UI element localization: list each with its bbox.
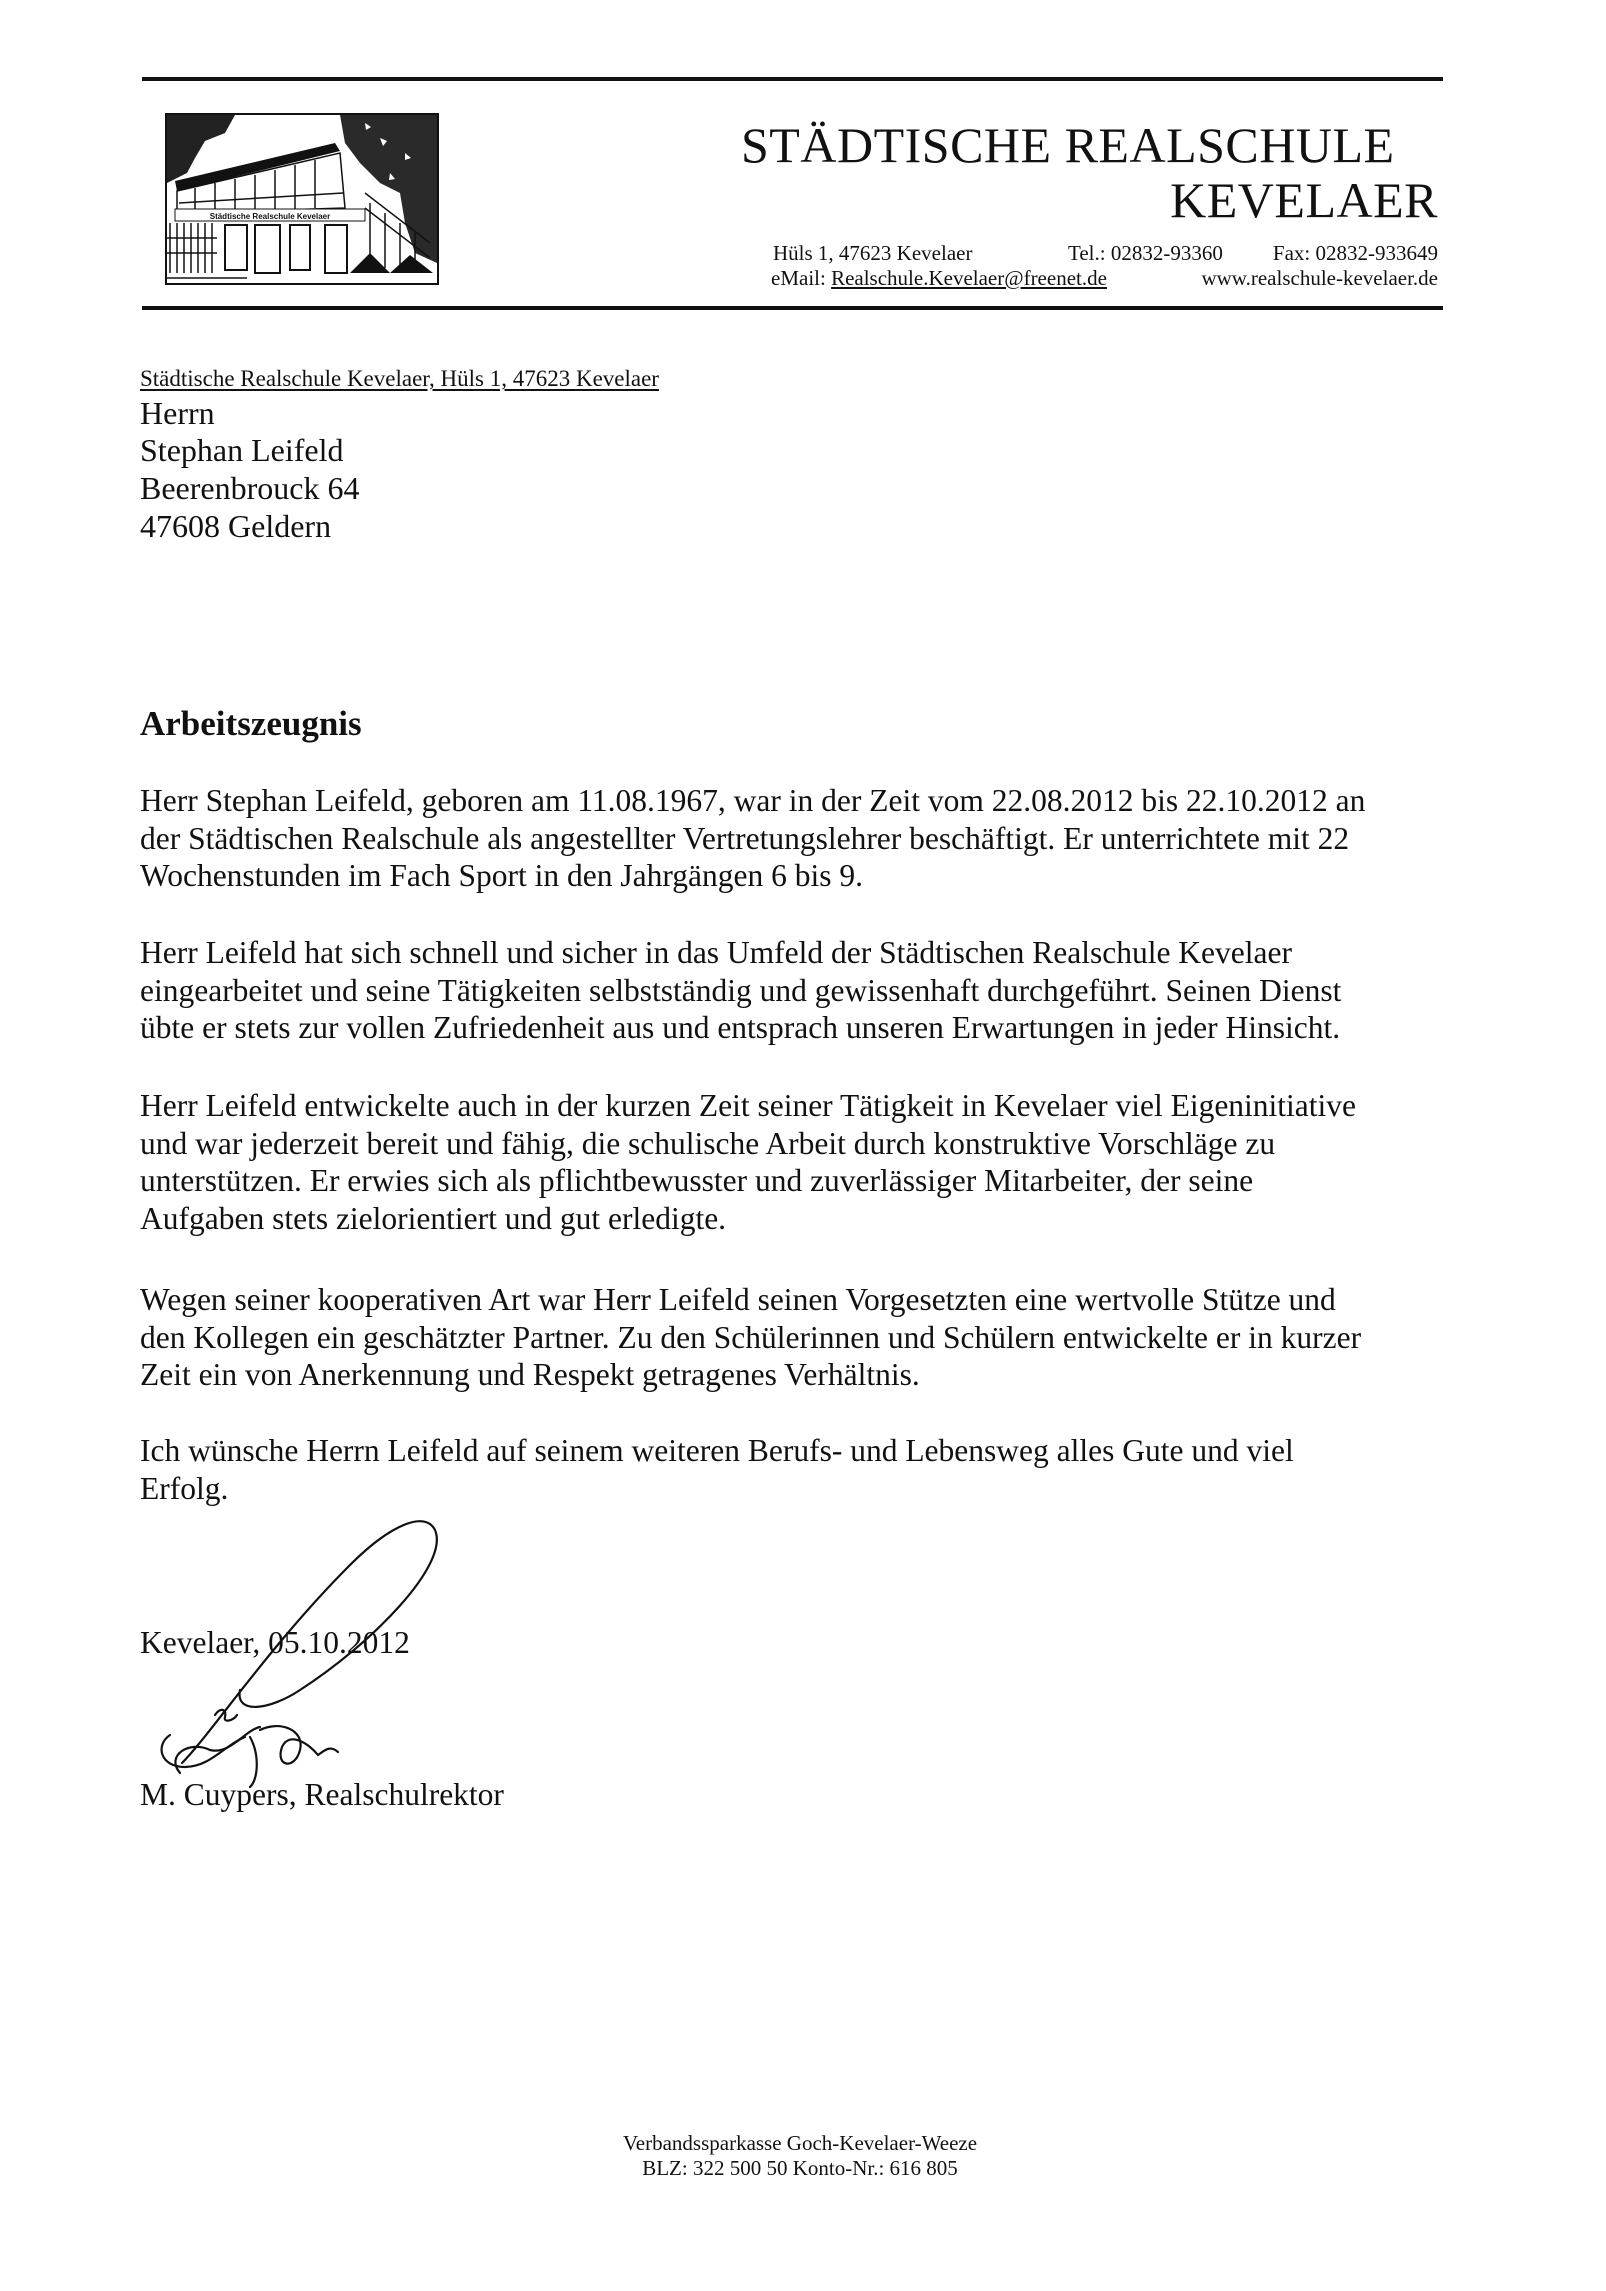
body-line: Herr Leifeld hat sich schnell und sicher… [140, 937, 1292, 969]
header-bottom-rule [142, 306, 1443, 310]
place-and-date: Kevelaer, 05.10.2012 [140, 1627, 410, 1659]
recipient-name: Stephan Leifeld [140, 434, 343, 466]
body-line: Erfolg. [140, 1473, 228, 1505]
body-line: Wegen seiner kooperativen Art war Herr L… [140, 1284, 1336, 1316]
body-line: Wochenstunden im Fach Sport in den Jahrg… [140, 860, 863, 892]
email-label: eMail: [771, 266, 826, 290]
body-line: unterstützen. Er erwies sich als pflicht… [140, 1165, 1253, 1197]
school-email-row: eMail: Realschule.Kevelaer@freenet.de [771, 268, 1107, 289]
recipient-salutation: Herrn [140, 397, 215, 429]
school-email-link[interactable]: Realschule.Kevelaer@freenet.de [831, 266, 1107, 290]
signatory-name-title: M. Cuypers, Realschulrektor [140, 1779, 504, 1811]
school-fax: Fax: 02832-933649 [1273, 243, 1438, 264]
footer-bank-name: Verbandssparkasse Goch-Kevelaer-Weeze [0, 2133, 1600, 2154]
body-line: Zeit ein von Anerkennung und Respekt get… [140, 1359, 920, 1391]
school-website: www.realschule-kevelaer.de [1201, 268, 1438, 289]
recipient-street: Beerenbrouck 64 [140, 472, 359, 504]
document-title: Arbeitszeugnis [140, 706, 362, 741]
body-line: den Kollegen ein geschätzter Partner. Zu… [140, 1322, 1361, 1354]
school-name-line2: KEVELAER [1170, 175, 1438, 225]
school-name-line1: STÄDTISCHE REALSCHULE [741, 120, 1395, 170]
body-line: Aufgaben stets zielorientiert und gut er… [140, 1203, 726, 1235]
body-line: Herr Leifeld entwickelte auch in der kur… [140, 1090, 1356, 1122]
body-line: und war jederzeit bereit und fähig, die … [140, 1128, 1275, 1160]
school-building-logo: Städtische Realschule Kevelaer [165, 113, 439, 285]
sender-return-line: Städtische Realschule Kevelaer, Hüls 1, … [140, 367, 659, 390]
body-line: der Städtischen Realschule als angestell… [140, 823, 1349, 855]
school-phone: Tel.: 02832-93360 [1068, 243, 1223, 264]
body-line: Herr Stephan Leifeld, geboren am 11.08.1… [140, 785, 1365, 817]
body-line: eingearbeitet und seine Tätigkeiten selb… [140, 975, 1341, 1007]
footer-bank-account: BLZ: 322 500 50 Konto-Nr.: 616 805 [0, 2158, 1600, 2179]
body-line: übte er stets zur vollen Zufriedenheit a… [140, 1012, 1340, 1044]
body-line: Ich wünsche Herrn Leifeld auf seinem wei… [140, 1435, 1294, 1467]
header-top-rule [142, 77, 1443, 81]
logo-caption: Städtische Realschule Kevelaer [210, 212, 331, 221]
recipient-city: 47608 Geldern [140, 510, 331, 542]
school-address: Hüls 1, 47623 Kevelaer [773, 243, 972, 264]
